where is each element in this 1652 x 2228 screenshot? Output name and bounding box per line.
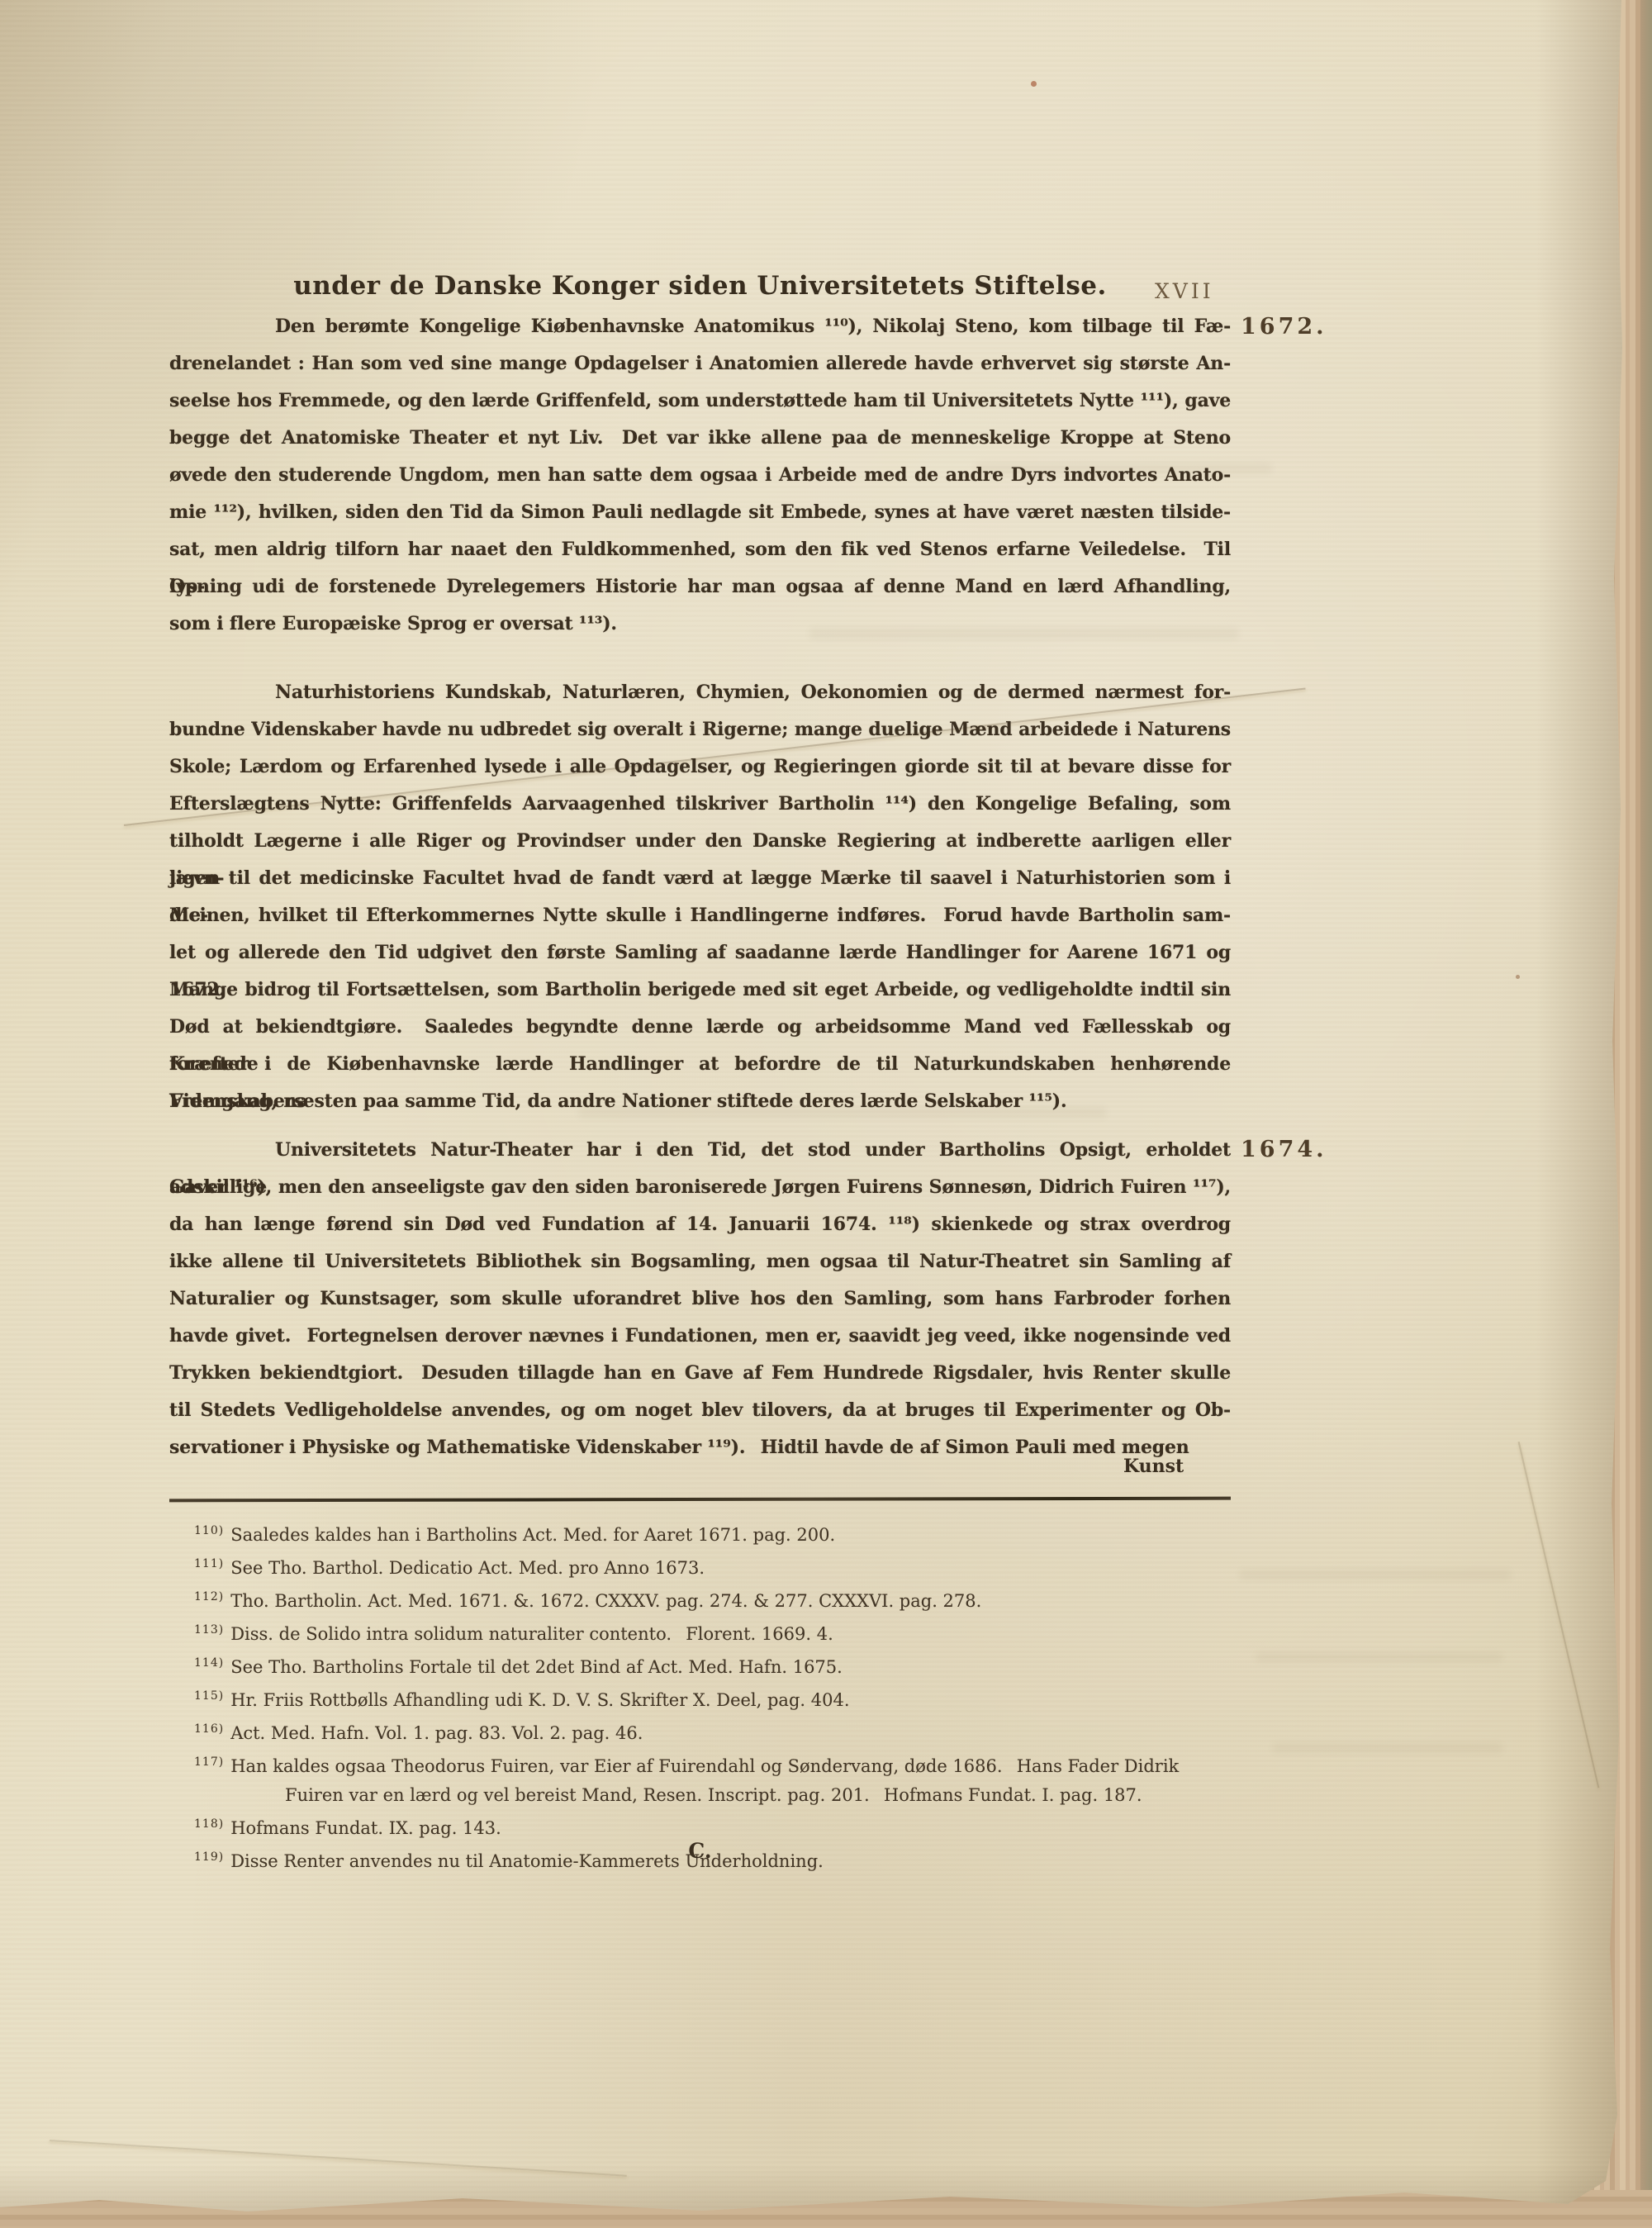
text-line: Efterslægtens Nytte: Griffenfelds Aarvaa… — [169, 786, 1231, 823]
footnote-marker: 112) — [194, 1590, 224, 1603]
text-line: til Stedets Vedligeholdelse anvendes, og… — [169, 1392, 1231, 1429]
text-line: dicinen, hvilket til Efterkommernes Nytt… — [169, 897, 1231, 934]
footnote-text: Diss. de Solido intra solidum naturalite… — [230, 1624, 833, 1644]
text-line: Universitetets Natur-Theater har i den T… — [169, 1132, 1231, 1169]
footnote-text: See Tho. Barthol. Dedicatio Act. Med. pr… — [230, 1558, 705, 1578]
footnotes-block: 110)Saaledes kaldes han i Bartholins Act… — [169, 1517, 1231, 1876]
text-line: Mange bidrog til Fortsættelsen, som Bart… — [169, 971, 1231, 1009]
footnote-text: Act. Med. Hafn. Vol. 1. pag. 83. Vol. 2.… — [230, 1723, 643, 1743]
footnote-marker: 110) — [194, 1524, 224, 1537]
signature-mark: C. — [169, 1839, 1231, 1863]
footnote-marker: 118) — [194, 1817, 224, 1831]
text-line: Fremgang, næsten paa samme Tid, da andre… — [169, 1083, 1231, 1120]
paragraph-lines: Naturhistoriens Kundskab, Naturlæren, Ch… — [169, 674, 1231, 1120]
text-line: sat, men aldrig tilforn har naaet den Fu… — [169, 531, 1231, 568]
footnote-text: Saaledes kaldes han i Bartholins Act. Me… — [230, 1525, 835, 1545]
footnote-marker: 113) — [194, 1623, 224, 1637]
paragraph-lines: Universitetets Natur-Theater har i den T… — [169, 1132, 1231, 1466]
text-line: drenelandet : Han som ved sine mange Opd… — [169, 345, 1231, 382]
footnote-marker: 115) — [194, 1689, 224, 1703]
catchword: Kunst — [1123, 1456, 1184, 1477]
footnote-text: Tho. Bartholin. Act. Med. 1671. &. 1672.… — [230, 1591, 981, 1611]
text-line: let og allerede den Tid udgivet den førs… — [169, 934, 1231, 971]
paragraph-lines: Den berømte Kongelige Kiøbenhavnske Anat… — [169, 308, 1231, 643]
bleed-through-smudge — [1272, 1743, 1503, 1753]
text-line: Død at bekiendtgiøre. Saaledes begyndte … — [169, 1009, 1231, 1046]
footnote-text: Han kaldes ogsaa Theodorus Fuiren, var E… — [230, 1756, 1179, 1805]
footnote-marker: 117) — [194, 1755, 224, 1769]
ink-speck — [1031, 81, 1037, 87]
margin-year-1672: 1672. — [1241, 314, 1327, 340]
page-number: XVII — [1155, 279, 1214, 303]
footnote-separator-rule — [169, 1497, 1231, 1503]
footnote: 111)See Tho. Barthol. Dedicatio Act. Med… — [169, 1550, 1231, 1583]
footnote: 117)Han kaldes ogsaa Theodorus Fuiren, v… — [169, 1748, 1231, 1810]
footnote: 114)See Tho. Bartholins Fortale til det … — [169, 1649, 1231, 1682]
ink-speck — [1516, 975, 1520, 979]
footnote: 118)Hofmans Fundat. IX. pag. 143. — [169, 1810, 1231, 1843]
bleed-through-smudge — [1256, 1652, 1503, 1662]
text-line: da han længe førend sin Død ved Fundatio… — [169, 1206, 1231, 1243]
footnote: 115)Hr. Friis Rottbølls Afhandling udi K… — [169, 1682, 1231, 1715]
text-line: Kræfter i de Kiøbenhavnske lærde Handlin… — [169, 1046, 1231, 1083]
paragraph: Universitetets Natur-Theater har i den T… — [169, 1132, 1231, 1466]
footnote: 113)Diss. de Solido intra solidum natura… — [169, 1616, 1231, 1649]
text-line: Naturalier og Kunstsager, som skulle ufo… — [169, 1280, 1231, 1318]
text-line: Skole; Lærdom og Erfarenhed lysede i all… — [169, 748, 1231, 786]
scanned-book-page: under de Danske Konger siden Universitet… — [0, 0, 1652, 2228]
text-line: Gaver ¹¹⁶), men den anseeligste gav den … — [169, 1169, 1231, 1206]
footnote-marker: 114) — [194, 1656, 224, 1670]
text-line: som i flere Europæiske Sprog er oversat … — [169, 606, 1231, 643]
paragraph: Naturhistoriens Kundskab, Naturlæren, Ch… — [169, 674, 1231, 1120]
text-line: servationer i Physiske og Mathematiske V… — [169, 1429, 1231, 1466]
margin-year-1674: 1674. — [1241, 1137, 1327, 1162]
footnote-marker: 116) — [194, 1722, 224, 1736]
footnote: 116)Act. Med. Hafn. Vol. 1. pag. 83. Vol… — [169, 1715, 1231, 1748]
running-title: under de Danske Konger siden Universitet… — [169, 271, 1231, 301]
footnote-text: See Tho. Bartholins Fortale til det 2det… — [230, 1657, 843, 1677]
text-line: lysning udi de forstenede Dyrelegemers H… — [169, 568, 1231, 606]
body-text-block: Den berømte Kongelige Kiøbenhavnske Anat… — [169, 308, 1231, 1466]
page-paper: under de Danske Konger siden Universitet… — [0, 0, 1627, 2222]
footnote-text: Hr. Friis Rottbølls Afhandling udi K. D.… — [230, 1690, 849, 1710]
text-line: ligen til det medicinske Facultet hvad d… — [169, 860, 1231, 897]
text-line: havde givet. Fortegnelsen derover nævnes… — [169, 1318, 1231, 1355]
text-line: Naturhistoriens Kundskab, Naturlæren, Ch… — [169, 674, 1231, 711]
footnote-text: Hofmans Fundat. IX. pag. 143. — [230, 1818, 501, 1838]
text-line: seelse hos Fremmede, og den lærde Griffe… — [169, 382, 1231, 420]
paragraph: Den berømte Kongelige Kiøbenhavnske Anat… — [169, 308, 1231, 643]
text-line: bundne Videnskaber havde nu udbredet sig… — [169, 711, 1231, 748]
text-line: øvede den studerende Ungdom, men han sat… — [169, 457, 1231, 494]
fore-edge-outer — [1640, 0, 1652, 2228]
text-line: Trykken bekiendtgiort. Desuden tillagde … — [169, 1355, 1231, 1392]
footnote: 112)Tho. Bartholin. Act. Med. 1671. &. 1… — [169, 1583, 1231, 1616]
footnote-marker: 111) — [194, 1557, 224, 1570]
bleed-through-smudge — [1239, 1570, 1512, 1580]
footnote: 110)Saaledes kaldes han i Bartholins Act… — [169, 1517, 1231, 1550]
text-line: tilholdt Lægerne i alle Riger og Provind… — [169, 823, 1231, 860]
text-line: ikke allene til Universitetets Bibliothe… — [169, 1243, 1231, 1280]
text-line: Den berømte Kongelige Kiøbenhavnske Anat… — [169, 308, 1231, 345]
text-line: mie ¹¹²), hvilken, siden den Tid da Simo… — [169, 494, 1231, 531]
text-line: begge det Anatomiske Theater et nyt Liv.… — [169, 420, 1231, 457]
